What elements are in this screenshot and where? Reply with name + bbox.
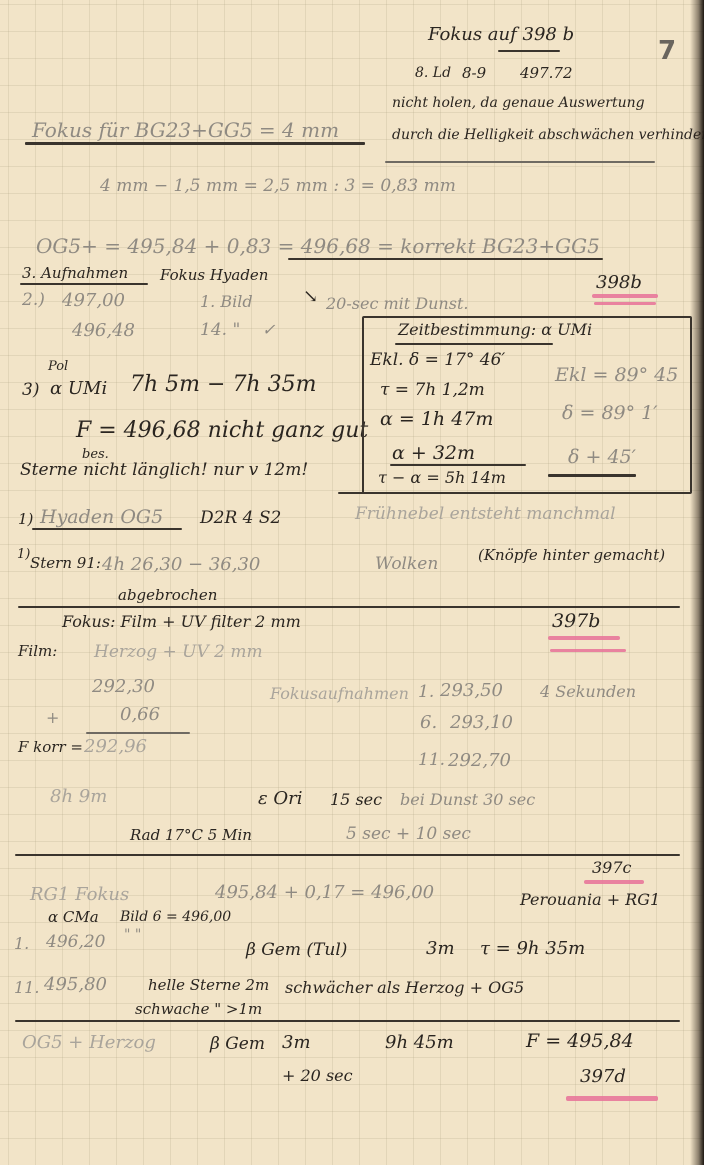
sum-label: F korr = [18,740,83,755]
hyaden-row-time: 4h 26,30 − 36,30 [102,556,260,574]
film-time: 8h 9m [50,788,107,806]
photo-row-1-v: 293,50 [440,682,503,700]
plate-ref-398b: 398b [596,274,642,292]
hyaden-row-label: 1) [17,548,30,561]
og5-exp: 3m [282,1034,311,1052]
check-icon: ✓ [262,322,275,338]
exposures-heading: 3. Aufnahmen [22,266,128,281]
polaris-delta-rule [548,474,636,477]
section-divider-3 [15,1020,680,1022]
focus-calc: 4 mm − 1,5 mm = 2,5 mm : 3 = 0,83 mm [100,178,456,195]
plate-ref-highlight [550,649,626,652]
polaris-ekl2: Ekl = 89° 45 [555,366,678,385]
polaris-alpha-corr: α + 32m [392,444,475,463]
rg1-r11-n: 11. [14,980,39,996]
hyaden-label: 1) [18,512,33,527]
plate-ref-highlight [566,1096,658,1101]
og5-star: β Gem [210,1036,265,1053]
hyaden-note1: Frühnebel entsteht manchmal [355,506,616,523]
plate-ref-highlight [592,294,658,298]
rg1-heading: RG1 Fokus [30,886,129,904]
warning-note: Sterne nicht länglich! nur v 12m! [20,462,308,479]
header-line1-value: 497.72 [520,66,573,81]
rg1-calc: 495,84 + 0,17 = 496,00 [215,884,434,902]
polaris-delta-corr: δ + 45′ [568,448,636,467]
plate-ref-highlight [594,302,656,305]
rg1-target: α CMa [48,910,99,925]
focus-result: F = 496,68 nicht ganz gut [76,420,368,442]
hyaden-note2: (Knöpfe hinter gemacht) [478,548,665,563]
film-label: Film: [18,644,57,659]
og5-heading: OG5 + Herzog [22,1034,156,1052]
film-exp2: 5 sec + 10 sec [346,826,471,843]
row3-label: 3) [22,382,39,399]
photo-row-1-note: 4 Sekunden [540,684,636,700]
rg1-r1-exp: 3m [426,940,455,958]
row2b-value: 496,48 [72,322,135,340]
photo-row-2-n: 6. [420,714,437,732]
polaris-alpha: α = 1h 47m [380,410,493,429]
sum-plus: + [46,710,59,726]
og5-time: 9h 45m [385,1034,454,1052]
polaris-alpha-rule [390,464,526,466]
sum-b: 0,66 [120,706,160,724]
plate-ref-highlight [584,880,644,884]
polaris-delta: δ = 89° 1′ [562,404,658,423]
hyaden-title-rule [32,528,182,530]
rg1-r11-v: 495,80 [44,976,107,994]
polaris-tau: τ = 7h 1,2m [380,382,485,399]
photo-row-3-v: 292,70 [448,752,511,770]
hyaden-row-target: Stern 91: [30,556,101,571]
notebook-page: 7 Fokus auf 398 b 8. Ld 8-9 497.72 nicht… [0,0,704,1165]
row2b-note: 14. " [200,322,240,339]
section-divider-2 [15,854,680,856]
sum-a: 292,30 [92,678,155,696]
rg1-bild: Bild 6 = 496,00 [120,910,231,924]
row3-time: 7h 5m − 7h 35m [130,374,316,396]
rg1-r1-tau: τ = 9h 35m [480,940,585,958]
photo-row-3-n: 11. [418,752,445,769]
film-exp1-note: bei Dunst 30 sec [400,792,535,808]
plate-ref-397d: 397d [580,1068,626,1086]
plate-ref-397c: 397c [592,860,632,876]
plate-ref-highlight [548,636,620,640]
photo-label: Fokusaufnahmen [270,686,409,702]
polaris-title: Zeitbestimmung: α UMi [398,322,592,338]
focus-result-rule [288,258,603,260]
polaris-decl: Ekl. δ = 17° 46′ [370,352,505,369]
row2-label: 2.) [22,292,45,309]
polaris-title-rule [395,343,553,345]
film-value: Herzog + UV 2 mm [94,644,263,661]
og5-focus: F = 495,84 [526,1032,634,1051]
sum-rule [86,732,190,734]
hyaden-aborted: abgebrochen [118,588,217,603]
focus-heading: Fokus für BG23+GG5 = 4 mm [32,120,339,140]
rg1-r1-star: β Gem (Tul) [246,942,347,959]
rg1-note-c: schwächer als Herzog + OG5 [285,980,524,996]
page-edge-shadow [690,0,704,1165]
film-heading: Fokus: Film + UV filter 2 mm [62,614,301,630]
film-red: Rad 17°C 5 Min [130,828,252,843]
film-exp1: 15 sec [330,792,382,808]
sum-result: 292,96 [84,738,147,756]
film-star: ε Ori [258,790,303,808]
hyaden-row-status: Wolken [375,556,438,573]
header-line1-label: 8. Ld [415,66,451,80]
focus-result-line: OG5+ = 495,84 + 0,83 = 496,68 = korrekt … [36,236,600,256]
header-line3: durch die Helligkeit abschwächen verhind… [392,128,704,142]
arrow-note: 20-sec mit Dunst. [326,296,468,312]
header-underline [498,50,560,52]
rg1-note-b: schwache " >1m [135,1002,262,1017]
header-line1-range: 8-9 [462,66,486,81]
page-number: 7 [658,36,676,66]
og5-extra: + 20 sec [282,1068,353,1084]
rg1-note-a: helle Sterne 2m [148,978,269,993]
exposures-subheading: Fokus Hyaden [160,268,268,283]
header-line2: nicht holen, da genaue Auswertung [392,96,645,110]
row3-target: α UMi [50,380,107,398]
header-rule [385,161,655,163]
hyaden-top-rule [338,492,690,494]
rg1-r1-n: 1. [14,936,29,952]
arrow-icon: ↘ [303,288,318,306]
rg1-r1-note: " " [124,928,141,942]
polaris-diff: τ − α = 5h 14m [378,470,506,486]
plate-ref-397b: 397b [552,612,600,631]
rg1-lens: Perouania + RG1 [520,892,660,908]
hyaden-extra: D2R 4 S2 [200,510,281,527]
exposures-heading-rule [20,283,148,285]
header-title: Fokus auf 398 b [428,26,574,44]
hyaden-title: Hyaden OG5 [40,508,163,527]
row2-value: 497,00 [62,292,125,310]
row2-note: 1. Bild [200,294,253,310]
section-divider-1 [18,606,680,608]
row3-pol: Pol [48,360,68,373]
photo-row-2-v: 293,10 [450,714,513,732]
rg1-r1-v: 496,20 [46,934,105,951]
focus-heading-rule [25,142,365,145]
photo-row-1-n: 1. [418,684,434,701]
